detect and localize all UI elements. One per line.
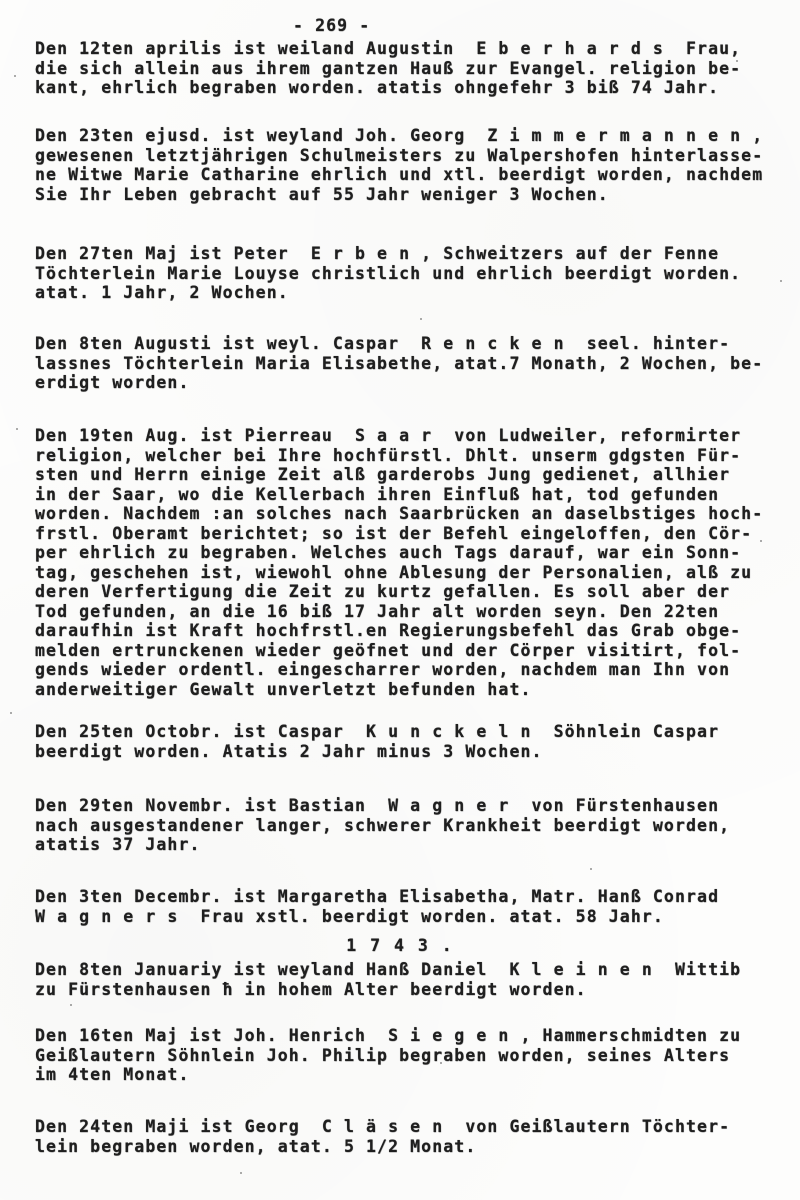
scan-speck <box>736 60 738 62</box>
burial-entry-may-24-claesen: Den 24ten Maji ist Georg C l ä s e n von… <box>35 1117 730 1156</box>
burial-entry-oct-25-kunckeln: Den 25ten Octobr. ist Caspar K u n c k e… <box>35 722 719 761</box>
scan-speck <box>70 1004 72 1006</box>
scan-speck <box>228 744 230 746</box>
scan-speck <box>505 690 507 692</box>
year-heading-1743: 1 7 4 3 . <box>0 936 800 956</box>
scan-speck <box>16 428 18 430</box>
burial-entry-aug-8-rencken: Den 8ten Augusti ist weyl. Caspar R e n … <box>35 334 763 393</box>
scan-speck <box>590 868 592 870</box>
burial-entry-may-27-erben: Den 27ten Maj ist Peter E r b e n , Schw… <box>35 244 741 303</box>
scan-speck <box>14 75 16 77</box>
burial-entry-april-23-zimmermannen: Den 23ten ejusd. ist weyland Joh. Georg … <box>35 126 763 204</box>
scan-speck <box>760 540 762 542</box>
scan-speck <box>780 280 782 282</box>
burial-entry-jan-8-kleinen: Den 8ten Januariy ist weyland Hanß Danie… <box>35 960 741 999</box>
burial-entry-nov-29-wagner: Den 29ten Novembr. ist Bastian W a g n e… <box>35 796 730 855</box>
scan-speck <box>420 318 422 320</box>
scan-speck <box>240 1172 242 1174</box>
burial-entry-may-16-siegen: Den 16ten Maj ist Joh. Henrich S i e g e… <box>35 1026 741 1085</box>
burial-entry-aug-19-saar: Den 19ten Aug. ist Pierreau S a a r von … <box>35 426 763 699</box>
burial-entry-dec-3-wagners: Den 3ten Decembr. ist Margaretha Elisabe… <box>35 887 719 926</box>
scanned-register-page: - 269 - Den 12ten aprilis ist weiland Au… <box>0 0 800 1200</box>
burial-entry-april-12-eberhards: Den 12ten aprilis ist weiland Augustin E… <box>35 39 741 98</box>
scan-speck <box>440 1062 442 1064</box>
scan-speck <box>10 712 12 714</box>
page-number: - 269 - <box>293 16 370 36</box>
